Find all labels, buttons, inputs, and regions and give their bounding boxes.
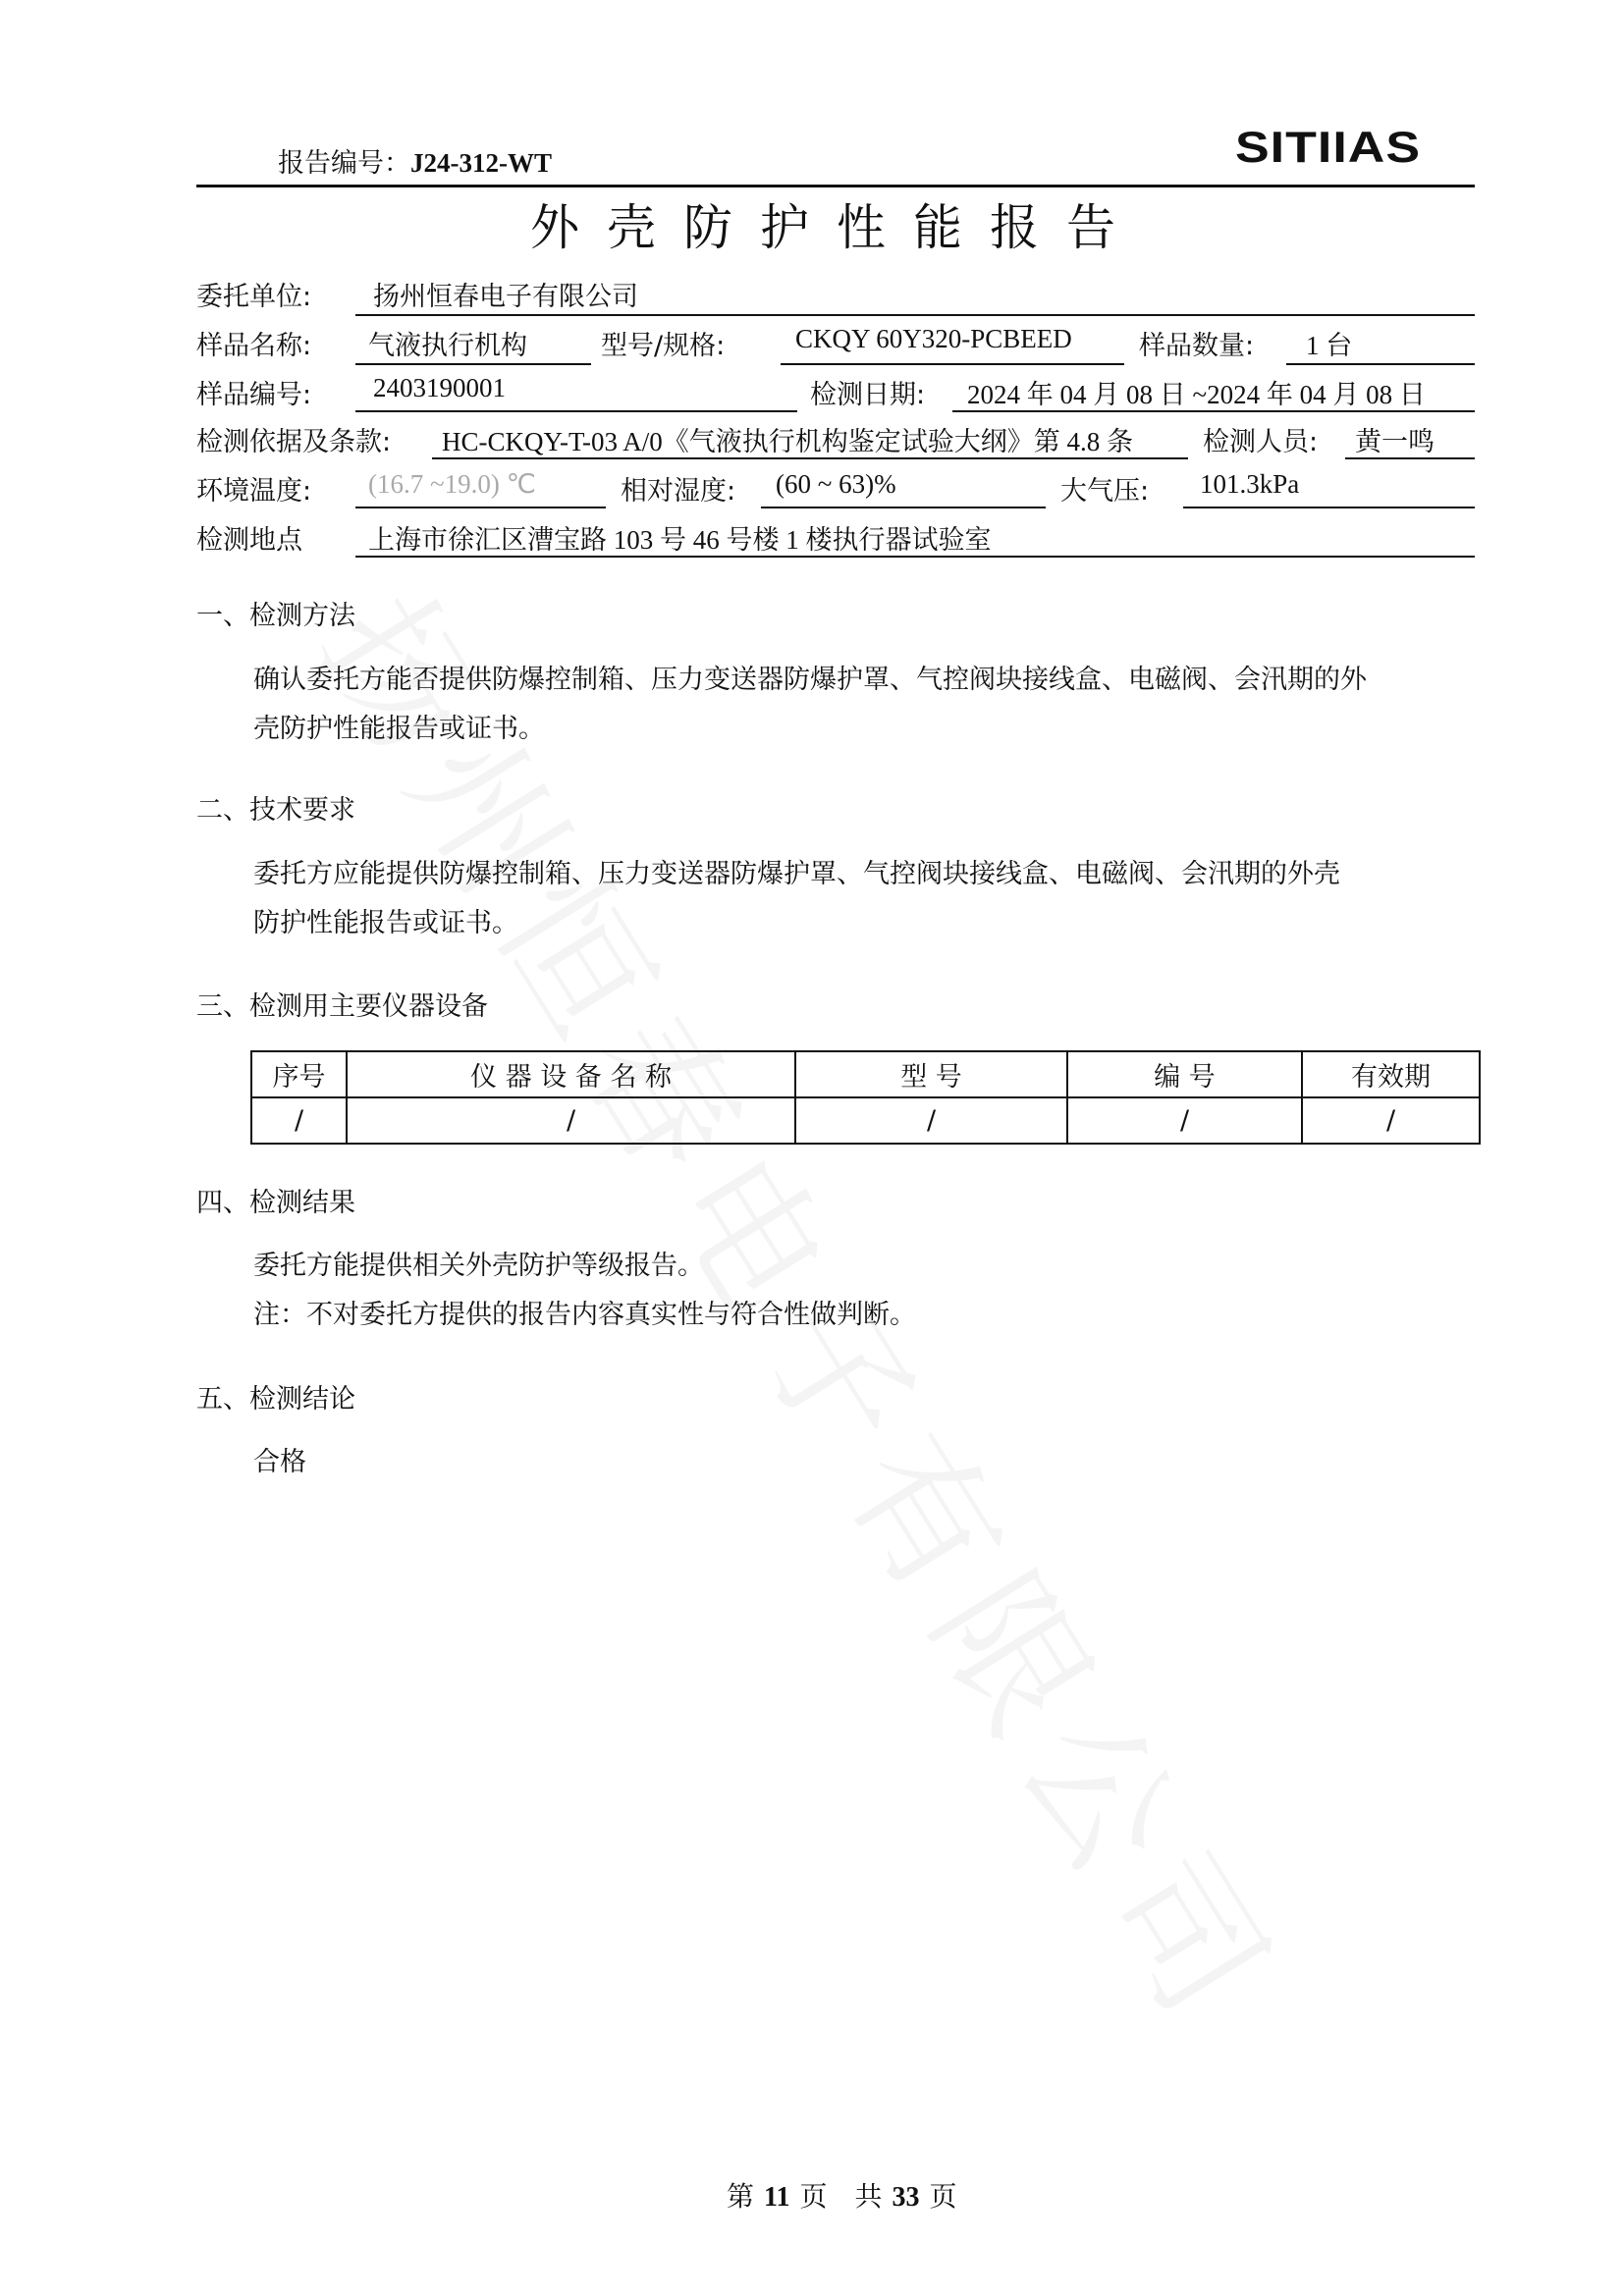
footer-suffix: 页	[930, 2180, 957, 2213]
inspector-underline	[1345, 457, 1475, 459]
cell-validity: /	[1302, 1097, 1480, 1144]
client-label: 委托单位:	[196, 275, 311, 313]
section-body-method: 确认委托方能否提供防爆控制箱、压力变送器防爆护罩、气控阀块接线盒、电磁阀、会汛期…	[253, 656, 1490, 754]
cell-model: /	[795, 1097, 1067, 1144]
section-body-results: 委托方能提供相关外壳防护等级报告。 注：不对委托方提供的报告内容真实性与符合性做…	[253, 1242, 1490, 1340]
header-cell-validity: 有效期	[1302, 1051, 1480, 1097]
requirements-line-2: 防护性能报告或证书。	[253, 899, 1490, 948]
model-value: CKQY 60Y320-PCBEED	[795, 324, 1072, 354]
requirements-line-1: 委托方应能提供防爆控制箱、压力变送器防爆护罩、气控阀块接线盒、电磁阀、会汛期的外…	[253, 850, 1490, 899]
sample-name-label: 样品名称:	[196, 324, 311, 362]
test-date-underline	[952, 410, 1475, 412]
section-heading-requirements: 二、技术要求	[196, 788, 355, 827]
basis-underline	[432, 457, 1188, 459]
page-footer: 第11页 共33页	[727, 2175, 957, 2215]
section-body-requirements: 委托方应能提供防爆控制箱、压力变送器防爆护罩、气控阀块接线盒、电磁阀、会汛期的外…	[253, 850, 1490, 948]
page-title: 外壳防护性能报告	[530, 188, 1143, 259]
cell-number: /	[1067, 1097, 1302, 1144]
sample-name-underline	[355, 363, 591, 365]
quantity-value: 1 台	[1306, 324, 1352, 362]
header-cell-number: 编 号	[1067, 1051, 1302, 1097]
temperature-value: (16.7 ~19.0) ℃	[368, 469, 536, 500]
inspector-value: 黄一鸣	[1355, 420, 1435, 458]
company-logo: SITIIAS	[1235, 123, 1421, 173]
footer-mid: 页 共	[799, 2180, 882, 2213]
cell-index: /	[251, 1097, 347, 1144]
header-divider	[196, 185, 1475, 187]
basis-value: HC-CKQY-T-03 A/0《气液执行机构鉴定试验大纲》第 4.8 条	[442, 420, 1133, 458]
report-number-value: J24-312-WT	[410, 148, 552, 178]
header-cell-model: 型 号	[795, 1051, 1067, 1097]
section-heading-equipment: 三、检测用主要仪器设备	[196, 985, 488, 1023]
table-header-row: 序号 仪 器 设 备 名 称 型 号 编 号 有效期	[251, 1051, 1480, 1097]
cell-name: /	[347, 1097, 795, 1144]
section-heading-conclusion: 五、检测结论	[196, 1377, 355, 1415]
pressure-value: 101.3kPa	[1200, 469, 1299, 500]
footer-prefix: 第	[727, 2180, 754, 2213]
sample-no-label: 样品编号:	[196, 373, 311, 411]
quantity-underline	[1286, 363, 1475, 365]
model-label: 型号/规格:	[601, 324, 725, 362]
report-number: 报告编号：J24-312-WT	[278, 141, 552, 180]
humidity-underline	[761, 507, 1046, 508]
header-cell-index: 序号	[251, 1051, 347, 1097]
results-line-1: 委托方能提供相关外壳防护等级报告。	[253, 1242, 1490, 1291]
basis-label: 检测依据及条款:	[196, 420, 391, 458]
conclusion-value: 合格	[253, 1438, 306, 1487]
location-label: 检测地点	[196, 518, 302, 557]
client-underline	[355, 314, 1475, 316]
table-row: / / / / /	[251, 1097, 1480, 1144]
pressure-underline	[1183, 507, 1475, 508]
section-heading-method: 一、检测方法	[196, 594, 355, 632]
method-line-1: 确认委托方能否提供防爆控制箱、压力变送器防爆护罩、气控阀块接线盒、电磁阀、会汛期…	[253, 656, 1490, 705]
model-underline	[781, 363, 1124, 365]
location-value: 上海市徐汇区漕宝路 103 号 46 号楼 1 楼执行器试验室	[368, 518, 992, 557]
section-heading-results: 四、检测结果	[196, 1181, 355, 1219]
humidity-value: (60 ~ 63)%	[776, 469, 896, 500]
header-cell-name: 仪 器 设 备 名 称	[347, 1051, 795, 1097]
pressure-label: 大气压:	[1060, 469, 1149, 507]
method-line-2: 壳防护性能报告或证书。	[253, 705, 1490, 754]
sample-no-value: 2403190001	[373, 373, 506, 403]
quantity-label: 样品数量:	[1139, 324, 1254, 362]
test-date-value: 2024 年 04 月 08 日 ~2024 年 04 月 08 日	[967, 373, 1426, 411]
client-value: 扬州恒春电子有限公司	[373, 275, 638, 313]
report-number-label: 报告编号：	[278, 148, 410, 179]
total-pages: 33	[893, 2182, 920, 2213]
humidity-label: 相对湿度:	[621, 469, 735, 507]
temperature-underline	[355, 507, 606, 508]
sample-name-value: 气液执行机构	[368, 324, 527, 362]
test-date-label: 检测日期:	[810, 373, 925, 411]
inspector-label: 检测人员:	[1203, 420, 1318, 458]
sample-no-underline	[355, 410, 797, 412]
current-page: 11	[764, 2182, 789, 2213]
results-note: 注：不对委托方提供的报告内容真实性与符合性做判断。	[253, 1291, 1490, 1340]
equipment-table: 序号 仪 器 设 备 名 称 型 号 编 号 有效期 / / / / /	[250, 1050, 1481, 1145]
temperature-label: 环境温度:	[196, 469, 311, 507]
location-underline	[355, 556, 1475, 558]
